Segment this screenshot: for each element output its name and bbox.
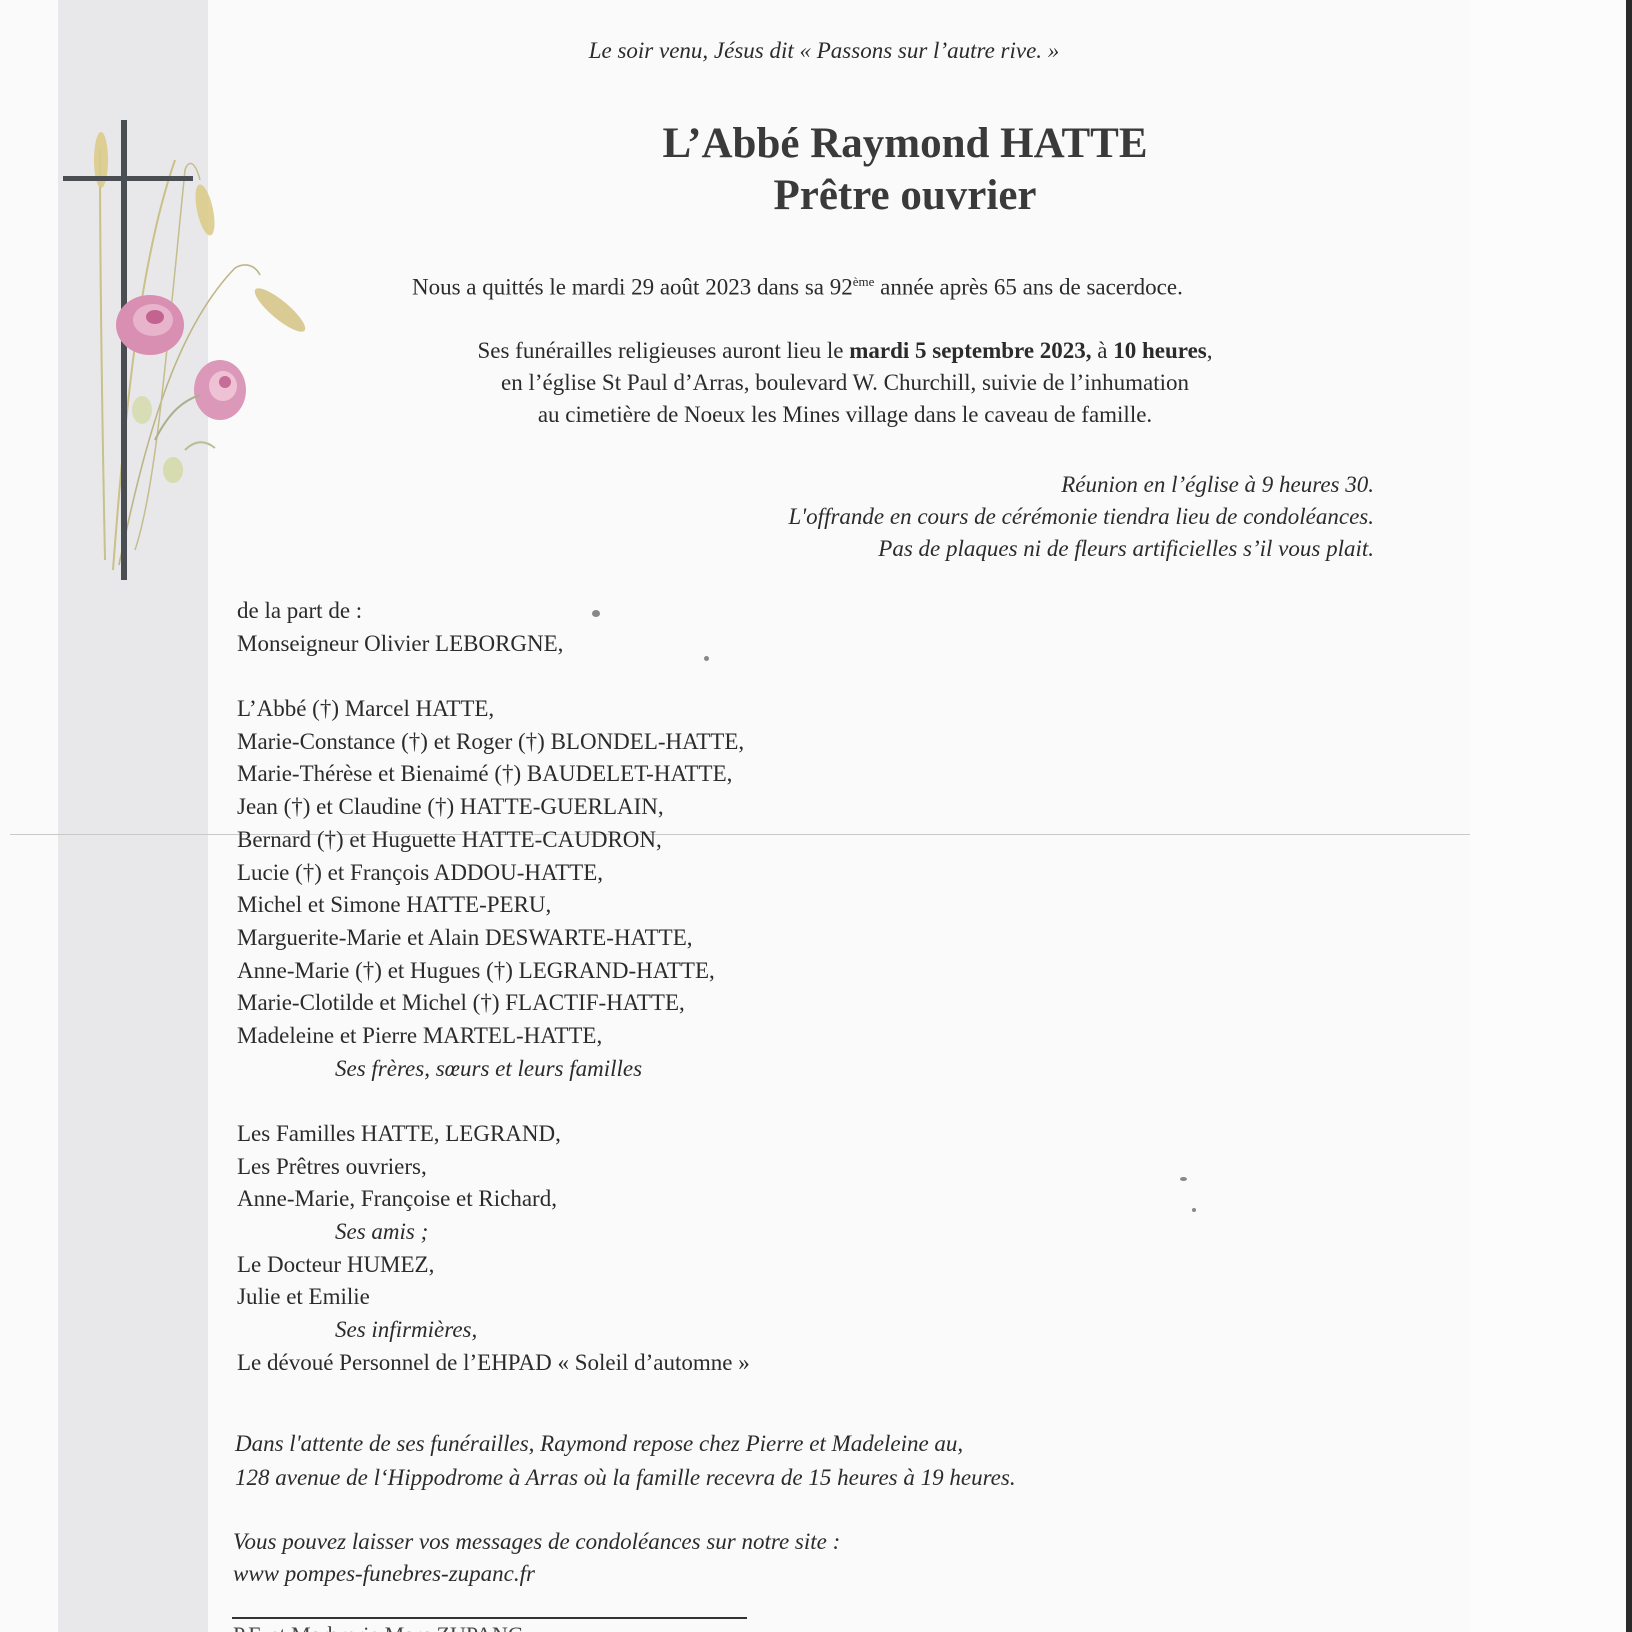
deceased-title: Prêtre ouvrier — [0, 170, 1632, 222]
viewing-line-2: 128 avenue de l‘Hippodrome à Arras où la… — [235, 1461, 1016, 1495]
sibling-entry: Marie-Clotilde et Michel (†) FLACTIF-HAT… — [237, 987, 750, 1020]
friend-entry: Anne-Marie, Françoise et Richard, — [237, 1183, 750, 1216]
sibling-entry: Marie-Thérèse et Bienaimé (†) BAUDELET-H… — [237, 758, 750, 791]
scan-speck — [1180, 1177, 1187, 1181]
friend-entry: Les Familles HATTE, LEGRAND, — [237, 1118, 750, 1151]
funeral-details: Ses funérailles religieuses auront lieu … — [0, 335, 1632, 431]
siblings-caption: Ses frères, sœurs et leurs familles — [237, 1053, 750, 1086]
deceased-name: L’Abbé Raymond HATTE — [0, 118, 1632, 170]
note-offering: L'offrande en cours de cérémonie tiendra… — [788, 501, 1374, 533]
scan-speck — [704, 656, 709, 661]
note-meeting: Réunion en l’église à 9 heures 30. — [788, 469, 1374, 501]
friend-entry: Les Prêtres ouvriers, — [237, 1151, 750, 1184]
nurses-caption: Ses infirmières, — [237, 1314, 750, 1347]
funeral-date: mardi 5 septembre 2023, — [849, 338, 1091, 363]
condolences-text: Vous pouvez laisser vos messages de cond… — [233, 1526, 840, 1558]
sibling-entry: Jean (†) et Claudine (†) HATTE-GUERLAIN, — [237, 791, 750, 824]
funeral-line-2: en l’église St Paul d’Arras, boulevard W… — [0, 367, 1632, 399]
funeral-line-1: Ses funérailles religieuses auront lieu … — [0, 335, 1632, 367]
scan-speck — [1192, 1208, 1196, 1212]
spacer — [237, 1085, 750, 1118]
death-announcement: Nous a quittés le mardi 29 août 2023 dan… — [412, 266, 1183, 304]
family-list: de la part de : Monseigneur Olivier LEBO… — [237, 595, 750, 1380]
funeral-home-footer: P.F. et Marbrerie Marc ZUPANC — [233, 1622, 523, 1632]
scan-edge — [1626, 0, 1632, 1632]
sibling-entry: L’Abbé (†) Marcel HATTE, — [237, 693, 750, 726]
funeral-line-3: au cimetière de Noeux les Mines village … — [0, 399, 1632, 431]
funeral-intro: Ses funérailles religieuses auront lieu … — [477, 338, 849, 363]
viewing-line-1: Dans l'attente de ses funérailles, Raymo… — [235, 1427, 1016, 1461]
condolences-website-link[interactable]: www pompes-funebres-zupanc.fr — [233, 1558, 840, 1590]
epigraph-quote: Le soir venu, Jésus dit « Passons sur l’… — [0, 38, 1632, 64]
funeral-connector: à — [1092, 338, 1114, 363]
epigraph-text: Le soir venu, Jésus dit « Passons sur l’… — [589, 38, 1060, 63]
sibling-entry: Lucie (†) et François ADDOU-HATTE, — [237, 857, 750, 890]
scan-speck — [592, 610, 600, 617]
friends-caption: Ses amis ; — [237, 1216, 750, 1249]
scan-margin — [1470, 0, 1632, 1632]
ceremony-notes: Réunion en l’église à 9 heures 30. L'off… — [788, 469, 1374, 565]
funeral-comma: , — [1207, 338, 1213, 363]
announcement-text-end: année après 65 ans de sacerdoce. — [874, 275, 1182, 300]
viewing-information: Dans l'attente de ses funérailles, Raymo… — [235, 1427, 1016, 1495]
sibling-entry: Anne-Marie (†) et Hugues (†) LEGRAND-HAT… — [237, 955, 750, 988]
from-label: de la part de : — [237, 595, 750, 628]
condolences-info: Vous pouvez laisser vos messages de cond… — [233, 1526, 840, 1590]
announcement-text: Nous a quittés le mardi 29 août 2023 dan… — [412, 275, 853, 300]
ehpad-staff: Le dévoué Personnel de l’EHPAD « Soleil … — [237, 1347, 750, 1380]
bishop-name: Monseigneur Olivier LEBORGNE, — [237, 628, 750, 661]
funeral-time: 10 heures — [1113, 338, 1207, 363]
note-no-plaques: Pas de plaques ni de fleurs artificielle… — [788, 533, 1374, 565]
sibling-entry: Madeleine et Pierre MARTEL-HATTE, — [237, 1020, 750, 1053]
sibling-entry: Bernard (†) et Huguette HATTE-CAUDRON, — [237, 824, 750, 857]
sibling-entry: Marie-Constance (†) et Roger (†) BLONDEL… — [237, 726, 750, 759]
footer-divider — [232, 1617, 747, 1619]
sibling-entry: Marguerite-Marie et Alain DESWARTE-HATTE… — [237, 922, 750, 955]
nurse-entry: Julie et Emilie — [237, 1281, 750, 1314]
sibling-entry: Michel et Simone HATTE-PERU, — [237, 889, 750, 922]
nurse-entry: Le Docteur HUMEZ, — [237, 1249, 750, 1282]
ordinal-suffix: ème — [853, 274, 875, 289]
spacer — [237, 660, 750, 693]
